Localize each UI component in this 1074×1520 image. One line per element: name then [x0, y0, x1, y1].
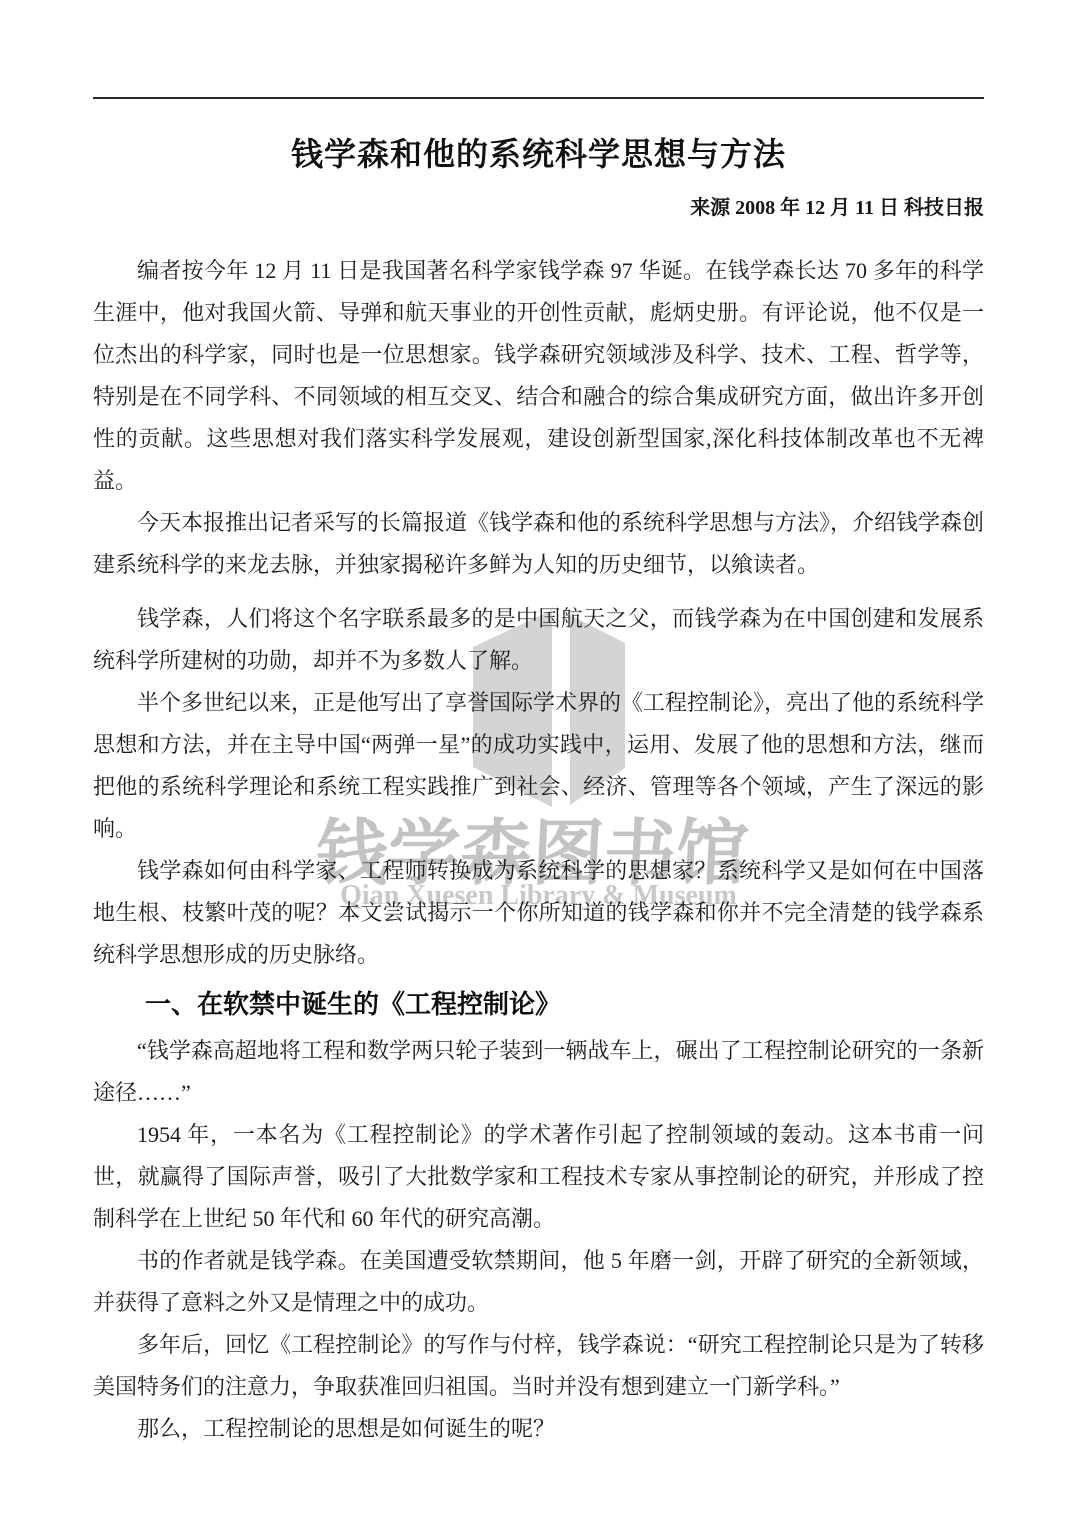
text-column: 钱学森和他的系统科学思想与方法 来源 2008 年 12 月 11 日 科技日报…: [93, 0, 984, 1450]
section-paragraph: 那么，工程控制论的思想是如何诞生的呢？: [93, 1408, 984, 1450]
document-content: 钱学森和他的系统科学思想与方法 来源 2008 年 12 月 11 日 科技日报…: [0, 0, 1074, 1520]
section-paragraph: 1954 年，一本名为《工程控制论》的学术著作引起了控制领域的轰动。这本书甫一问…: [93, 1114, 984, 1240]
lead-paragraph: 半个多世纪以来，正是他写出了享誉国际学术界的《工程控制论》，亮出了他的系统科学思…: [93, 682, 984, 850]
editor-note-paragraph: 今天本报推出记者采写的长篇报道《钱学森和他的系统科学思想与方法》，介绍钱学森创建…: [93, 502, 984, 586]
lead-paragraph: 钱学森如何由科学家、工程师转换成为系统科学的思想家？系统科学又是如何在中国落地生…: [93, 850, 984, 976]
article-title: 钱学森和他的系统科学思想与方法: [93, 133, 984, 175]
editor-note-paragraph: 编者按今年 12 月 11 日是我国著名科学家钱学森 97 华诞。在钱学森长达 …: [93, 250, 984, 502]
section-paragraph: “钱学森高超地将工程和数学两只轮子装到一辆战车上，碾出了工程控制论研究的一条新途…: [93, 1030, 984, 1114]
section-paragraph: 多年后，回忆《工程控制论》的写作与付梓，钱学森说：“研究工程控制论只是为了转移美…: [93, 1324, 984, 1408]
source-line: 来源 2008 年 12 月 11 日 科技日报: [93, 195, 984, 221]
section-paragraph: 书的作者就是钱学森。在美国遭受软禁期间，他 5 年磨一剑，开辟了研究的全新领域，…: [93, 1240, 984, 1324]
document-page: 钱学森图书馆 Qian Xuesen Library & Museum 钱学森和…: [0, 0, 1074, 1520]
lead-paragraph: 钱学森，人们将这个名字联系最多的是中国航天之父，而钱学森为在中国创建和发展系统科…: [93, 598, 984, 682]
section-heading: 一、在软禁中诞生的《工程控制论》: [145, 984, 984, 1024]
